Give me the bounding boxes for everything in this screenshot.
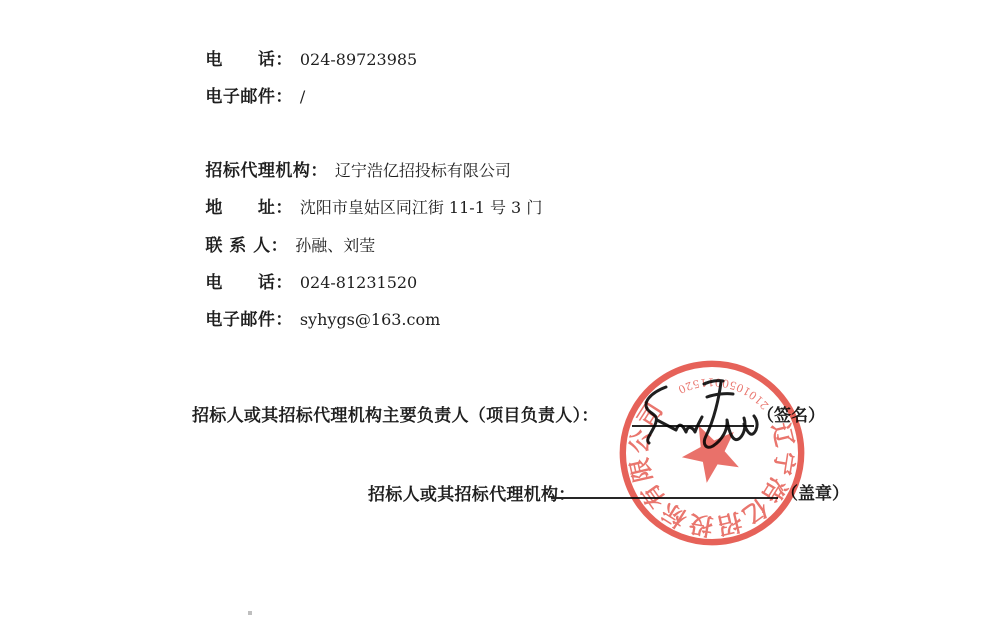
field-value: / — [293, 87, 305, 106]
field-value: 024-89723985 — [293, 50, 417, 69]
agency-signoff-label: 招标人或其招标代理机构： — [368, 480, 576, 505]
contact-row-email-2: 电子邮件：syhygs@163.com — [185, 290, 440, 350]
scan-speck — [248, 611, 252, 615]
handwritten-signature — [625, 360, 795, 465]
principal-signoff-label: 招标人或其招标代理机构主要负责人（项目负责人）： — [192, 401, 599, 426]
scanned-document-page: 电 话：024-89723985 电子邮件：/ 招标代理机构：辽宁浩亿招投标有限… — [0, 0, 990, 643]
field-label: 地 址： — [205, 198, 293, 218]
contact-row-email-1: 电子邮件：/ — [185, 67, 305, 127]
field-value: syhygs@163.com — [293, 310, 440, 329]
field-label: 电子邮件： — [205, 87, 293, 107]
signature-stroke — [657, 417, 702, 432]
signature-stroke — [704, 382, 757, 447]
field-label: 电子邮件： — [205, 310, 293, 330]
signature-stroke — [646, 387, 666, 443]
field-value: 沈阳市皇姑区同江街 11-1 号 3 门 — [293, 198, 542, 217]
